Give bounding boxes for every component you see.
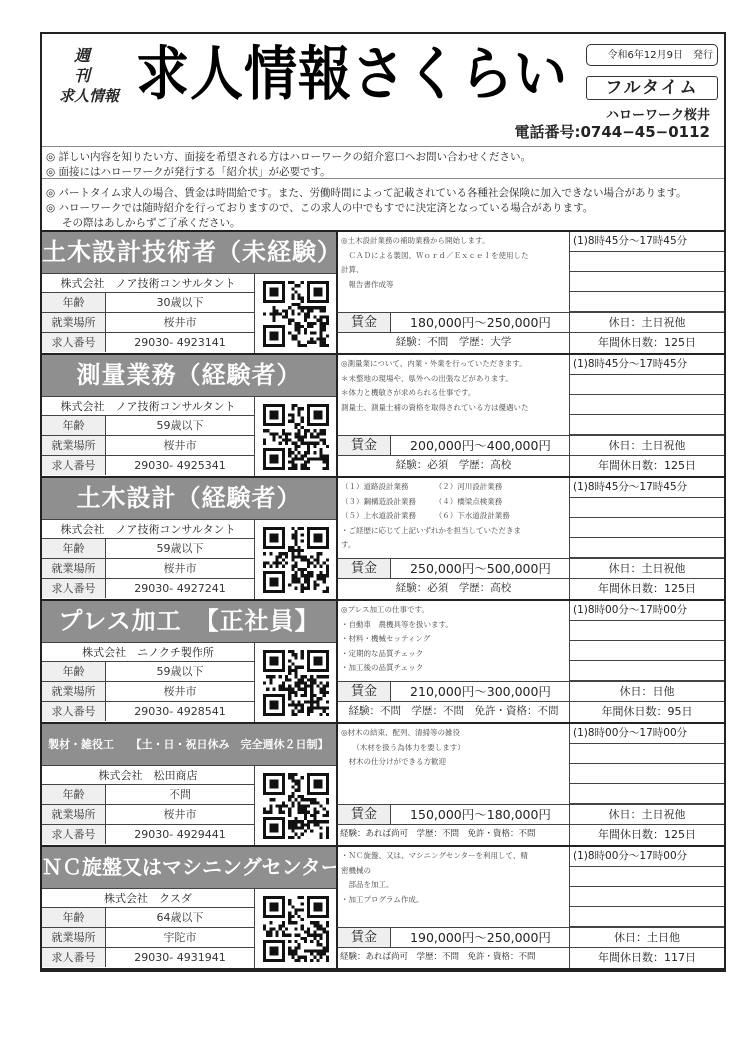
qr-code[interactable]: [254, 519, 336, 599]
location-label: 就業場所: [42, 805, 106, 824]
schedule-slot: [570, 764, 724, 784]
work-schedule: (1)8時00分～17時00分: [570, 601, 724, 681]
job-title: ＮＣ旋盤又はマシニングセンター: [42, 847, 336, 888]
company-name: 株式会社 クスダ: [42, 888, 254, 908]
age-label: 年齢: [42, 908, 106, 927]
schedule-slot: [570, 252, 724, 272]
annual-holidays: 年間休日数：117日: [570, 948, 724, 968]
holiday-info: 休日：土日祝他: [570, 312, 724, 333]
age-value: 59歳以下: [106, 416, 254, 435]
requirements: 経験：必須 学歴：高校: [336, 579, 570, 599]
page-title: 求人情報さくらい: [136, 40, 568, 110]
location-label: 就業場所: [42, 682, 106, 701]
wage-row: 賃金 180,000円～250,000円: [336, 312, 570, 333]
weekly-label: 週 刊 求人情報: [50, 46, 128, 106]
qr-code-icon: [263, 896, 329, 962]
location-row: 就業場所 宇陀市: [42, 928, 254, 948]
description-line: （木材を扱う為体力を要します）: [341, 741, 566, 756]
job-description: ・ＮＣ旋盤、又は、マシニングセンターを利用して、精 密機械の 部品を加工。 ・加…: [336, 847, 570, 927]
schedule-slot: (1)8時45分～17時45分: [570, 478, 724, 498]
schedule-slot: [570, 784, 724, 804]
qr-code-icon: [263, 281, 329, 347]
wage-value: 180,000円～250,000円: [391, 313, 570, 332]
job-card: 土木設計技術者（未経験） 株式会社 ノア技術コンサルタント 年齢 30歳以下 就…: [42, 232, 724, 355]
age-row: 年齢 59歳以下: [42, 539, 254, 559]
description-line: ・自動車 農機具等を扱います。: [341, 618, 566, 633]
wage-label: 賃金: [338, 928, 391, 947]
qr-code-icon: [263, 650, 329, 716]
description-line: ◎土木設計業務の補助業務から開始します。: [341, 234, 566, 249]
description-line: 計算、: [341, 263, 566, 278]
description-line: （３）鋼構造設計業務 （４）橋梁点検業務: [341, 495, 566, 510]
company-name: 株式会社 ノア技術コンサルタント: [42, 519, 254, 539]
description-line: ◎材木の結束、配列、清掃等の雑役: [341, 726, 566, 741]
age-row: 年齢 59歳以下: [42, 416, 254, 436]
age-value: 64歳以下: [106, 908, 254, 927]
job-card: ＮＣ旋盤又はマシニングセンター 株式会社 クスダ 年齢 64歳以下 就業場所 宇…: [42, 847, 724, 970]
age-label: 年齢: [42, 785, 106, 804]
issue-date: 令和6年12月9日 発行: [586, 44, 718, 66]
job-title: 製材・雑役工 【土・日・祝日休み 完全週休２日制】: [42, 724, 336, 765]
notes-general: ◎ パートタイム求人の場合、賃金は時間給です。また、労働時間によって記載されてい…: [42, 180, 724, 232]
schedule-slot: [570, 907, 724, 927]
qr-code[interactable]: [254, 396, 336, 476]
schedule-slot: [570, 415, 724, 435]
schedule-slot: [570, 661, 724, 681]
age-label: 年齢: [42, 539, 106, 558]
job-title: プレス加工 【正社員】: [42, 601, 336, 642]
office-info: ハローワーク桜井 電話番号:0744−45−0112: [514, 108, 710, 140]
job-list: 土木設計技術者（未経験） 株式会社 ノア技術コンサルタント 年齢 30歳以下 就…: [42, 232, 724, 970]
employment-type-badge: フルタイム: [586, 76, 718, 100]
note: その際はあしからずご了承ください。: [46, 216, 718, 231]
description-line: ・加工後の品質チェック: [341, 661, 566, 676]
location-label: 就業場所: [42, 436, 106, 455]
holiday-info: 休日：土日祝他: [570, 804, 724, 825]
location-row: 就業場所 桜井市: [42, 313, 254, 333]
company-name: 株式会社 松田商店: [42, 765, 254, 785]
notes-contact: ◎ 詳しい内容を知りたい方、面接を希望される方はハローワークの紹介窓口へお問い合…: [42, 147, 724, 179]
description-line: ◎プレス加工の仕事です。: [341, 603, 566, 618]
header: 週 刊 求人情報 求人情報さくらい 令和6年12月9日 発行 フルタイム ハロー…: [42, 34, 724, 147]
job-number-label: 求人番号: [42, 456, 106, 475]
qr-code-icon: [263, 527, 329, 593]
wage-value: 250,000円～500,000円: [391, 559, 570, 578]
schedule-slot: (1)8時00分～17時00分: [570, 601, 724, 621]
job-number-label: 求人番号: [42, 579, 106, 598]
job-number-label: 求人番号: [42, 825, 106, 844]
schedule-slot: [570, 887, 724, 907]
location-value: 桜井市: [106, 436, 254, 455]
schedule-slot: (1)8時45分～17時45分: [570, 355, 724, 375]
description-line: ・定期的な品質チェック: [341, 647, 566, 662]
job-card: プレス加工 【正社員】 株式会社 ニノクチ製作所 年齢 59歳以下 就業場所 桜…: [42, 601, 724, 724]
job-description: ◎測量業について、内業・外業を行っていただきます。 ＊未整地の現場や、県外への出…: [336, 355, 570, 435]
office-name: ハローワーク桜井: [514, 108, 710, 124]
schedule-slot: (1)8時45分～17時45分: [570, 232, 724, 252]
job-number-label: 求人番号: [42, 702, 106, 721]
age-row: 年齢 59歳以下: [42, 662, 254, 682]
description-line: す。: [341, 538, 566, 553]
job-number-label: 求人番号: [42, 333, 106, 352]
age-label: 年齢: [42, 293, 106, 312]
location-row: 就業場所 桜井市: [42, 436, 254, 456]
job-description: ◎材木の結束、配列、清掃等の雑役 （木材を扱う為体力を要します） 材木の仕分けが…: [336, 724, 570, 804]
schedule-slot: [570, 375, 724, 395]
schedule-slot: (1)8時00分～17時00分: [570, 847, 724, 867]
description-line: 測量士、測量士補の資格を取得されている方は優遇いた: [341, 401, 566, 416]
location-value: 桜井市: [106, 313, 254, 332]
wage-row: 賃金 210,000円～300,000円: [336, 681, 570, 702]
location-value: 桜井市: [106, 682, 254, 701]
location-row: 就業場所 桜井市: [42, 805, 254, 825]
age-row: 年齢 30歳以下: [42, 293, 254, 313]
annual-holidays: 年間休日数：95日: [570, 702, 724, 722]
job-card: 測量業務（経験者） 株式会社 ノア技術コンサルタント 年齢 59歳以下 就業場所…: [42, 355, 724, 478]
wage-value: 190,000円～250,000円: [391, 928, 570, 947]
annual-holidays: 年間休日数：125日: [570, 456, 724, 476]
schedule-slot: [570, 744, 724, 764]
description-line: ◎測量業について、内業・外業を行っていただきます。: [341, 357, 566, 372]
job-number-row: 求人番号 29030- 4923141: [42, 333, 254, 353]
requirements: 経験：不問 学歴：不問 免許・資格：不問: [336, 702, 570, 722]
age-row: 年齢 64歳以下: [42, 908, 254, 928]
wage-row: 賃金 150,000円～180,000円: [336, 804, 570, 825]
wage-row: 賃金 250,000円～500,000円: [336, 558, 570, 579]
qr-code[interactable]: [254, 765, 336, 845]
location-row: 就業場所 桜井市: [42, 682, 254, 702]
job-title: 測量業務（経験者）: [42, 355, 336, 396]
job-card: 製材・雑役工 【土・日・祝日休み 完全週休２日制】 株式会社 松田商店 年齢 不…: [42, 724, 724, 847]
job-number-row: 求人番号 29030- 4929441: [42, 825, 254, 845]
holiday-info: 休日：土日他: [570, 927, 724, 948]
weekly-line1: 週 刊: [50, 46, 128, 86]
job-number-value: 29030- 4927241: [106, 579, 254, 598]
work-schedule: (1)8時45分～17時45分: [570, 478, 724, 558]
job-listing-sheet: 週 刊 求人情報 求人情報さくらい 令和6年12月9日 発行 フルタイム ハロー…: [40, 32, 726, 972]
job-number-value: 29030- 4931941: [106, 948, 254, 967]
age-label: 年齢: [42, 416, 106, 435]
location-value: 宇陀市: [106, 928, 254, 947]
work-schedule: (1)8時45分～17時45分: [570, 355, 724, 435]
schedule-slot: [570, 621, 724, 641]
job-title: 土木設計（経験者）: [42, 478, 336, 519]
age-row: 年齢 不問: [42, 785, 254, 805]
wage-value: 210,000円～300,000円: [391, 682, 570, 701]
description-line: 部品を加工。: [341, 878, 566, 893]
job-title: 土木設計技術者（未経験）: [42, 232, 336, 273]
wage-label: 賃金: [338, 559, 391, 578]
note: ◎ 面接にはハローワークが発行する「紹介状」が必要です。: [46, 165, 718, 180]
qr-code[interactable]: [254, 888, 336, 968]
wage-label: 賃金: [338, 313, 391, 332]
annual-holidays: 年間休日数：125日: [570, 333, 724, 353]
wage-row: 賃金 190,000円～250,000円: [336, 927, 570, 948]
location-label: 就業場所: [42, 313, 106, 332]
age-label: 年齢: [42, 662, 106, 681]
description-line: ・ご経歴に応じて上記いずれかを担当していただきま: [341, 524, 566, 539]
requirements: 経験：あれば尚可 学歴：不問 免許・資格：不問: [336, 948, 570, 968]
description-line: ・ＮＣ旋盤、又は、マシニングセンターを利用して、精: [341, 849, 566, 864]
work-schedule: (1)8時00分～17時00分: [570, 724, 724, 804]
description-line: （５）上水道設計業務 （６）下水道設計業務: [341, 509, 566, 524]
job-number-value: 29030- 4925341: [106, 456, 254, 475]
company-name: 株式会社 ノア技術コンサルタント: [42, 396, 254, 416]
qr-code[interactable]: [254, 273, 336, 353]
age-value: 不問: [106, 785, 254, 804]
description-line: 材木の仕分けができる方歓迎: [341, 755, 566, 770]
description-line: 報告書作成等: [341, 278, 566, 293]
location-label: 就業場所: [42, 559, 106, 578]
schedule-slot: [570, 867, 724, 887]
annual-holidays: 年間休日数：125日: [570, 579, 724, 599]
schedule-slot: [570, 395, 724, 415]
schedule-slot: (1)8時00分～17時00分: [570, 724, 724, 744]
description-line: （１）道路設計業務 （２）河川設計業務: [341, 480, 566, 495]
age-value: 59歳以下: [106, 662, 254, 681]
holiday-info: 休日：日他: [570, 681, 724, 702]
location-value: 桜井市: [106, 559, 254, 578]
holiday-info: 休日：土日祝他: [570, 558, 724, 579]
job-number-value: 29030- 4929441: [106, 825, 254, 844]
qr-code[interactable]: [254, 642, 336, 722]
job-number-row: 求人番号 29030- 4928541: [42, 702, 254, 722]
description-line: 密機械の: [341, 864, 566, 879]
description-line: ・材料・機械セッティング: [341, 632, 566, 647]
description-line: ＊未整地の現場や、県外への出張などがあります。: [341, 372, 566, 387]
note: ◎ ハローワークでは随時紹介を行っておりますので、この求人の中でもすでに決定済と…: [46, 201, 718, 216]
schedule-slot: [570, 272, 724, 292]
job-description: （１）道路設計業務 （２）河川設計業務 （３）鋼構造設計業務 （４）橋梁点検業務…: [336, 478, 570, 558]
schedule-slot: [570, 518, 724, 538]
location-value: 桜井市: [106, 805, 254, 824]
annual-holidays: 年間休日数：125日: [570, 825, 724, 845]
job-description: ◎プレス加工の仕事です。 ・自動車 農機具等を扱います。 ・材料・機械セッティン…: [336, 601, 570, 681]
weekly-line2: 求人情報: [50, 86, 128, 106]
schedule-slot: [570, 641, 724, 661]
schedule-slot: [570, 292, 724, 312]
note: ◎ 詳しい内容を知りたい方、面接を希望される方はハローワークの紹介窓口へお問い合…: [46, 150, 718, 165]
schedule-slot: [570, 498, 724, 518]
job-description: ◎土木設計業務の補助業務から開始します。 ＣＡＤによる製図、Ｗｏｒｄ／Ｅｘｃｅｌ…: [336, 232, 570, 312]
age-value: 59歳以下: [106, 539, 254, 558]
qr-code-icon: [263, 773, 329, 839]
office-phone: 電話番号:0744−45−0112: [514, 124, 710, 140]
requirements: 経験：必須 学歴：高校: [336, 456, 570, 476]
wage-row: 賃金 200,000円～400,000円: [336, 435, 570, 456]
wage-label: 賃金: [338, 682, 391, 701]
wage-label: 賃金: [338, 436, 391, 455]
work-schedule: (1)8時45分～17時45分: [570, 232, 724, 312]
job-number-row: 求人番号 29030- 4931941: [42, 948, 254, 968]
description-line: ＊体力と機敏さが求められる仕事です。: [341, 386, 566, 401]
wage-value: 150,000円～180,000円: [391, 805, 570, 824]
requirements: 経験：あれば尚可 学歴：不問 免許・資格：不問: [336, 825, 570, 845]
job-card: 土木設計（経験者） 株式会社 ノア技術コンサルタント 年齢 59歳以下 就業場所…: [42, 478, 724, 601]
note: ◎ パートタイム求人の場合、賃金は時間給です。また、労働時間によって記載されてい…: [46, 186, 718, 201]
wage-label: 賃金: [338, 805, 391, 824]
description-line: ＣＡＤによる製図、Ｗｏｒｄ／Ｅｘｃｅｌを使用した: [341, 249, 566, 264]
work-schedule: (1)8時00分～17時00分: [570, 847, 724, 927]
requirements: 経験：不問 学歴：大学: [336, 333, 570, 353]
location-row: 就業場所 桜井市: [42, 559, 254, 579]
job-number-label: 求人番号: [42, 948, 106, 967]
location-label: 就業場所: [42, 928, 106, 947]
age-value: 30歳以下: [106, 293, 254, 312]
description-line: ・加工プログラム作成。: [341, 893, 566, 908]
job-number-row: 求人番号 29030- 4925341: [42, 456, 254, 476]
job-number-value: 29030- 4928541: [106, 702, 254, 721]
qr-code-icon: [263, 404, 329, 470]
company-name: 株式会社 ニノクチ製作所: [42, 642, 254, 662]
wage-value: 200,000円～400,000円: [391, 436, 570, 455]
job-number-row: 求人番号 29030- 4927241: [42, 579, 254, 599]
job-number-value: 29030- 4923141: [106, 333, 254, 352]
company-name: 株式会社 ノア技術コンサルタント: [42, 273, 254, 293]
holiday-info: 休日：土日祝他: [570, 435, 724, 456]
schedule-slot: [570, 538, 724, 558]
